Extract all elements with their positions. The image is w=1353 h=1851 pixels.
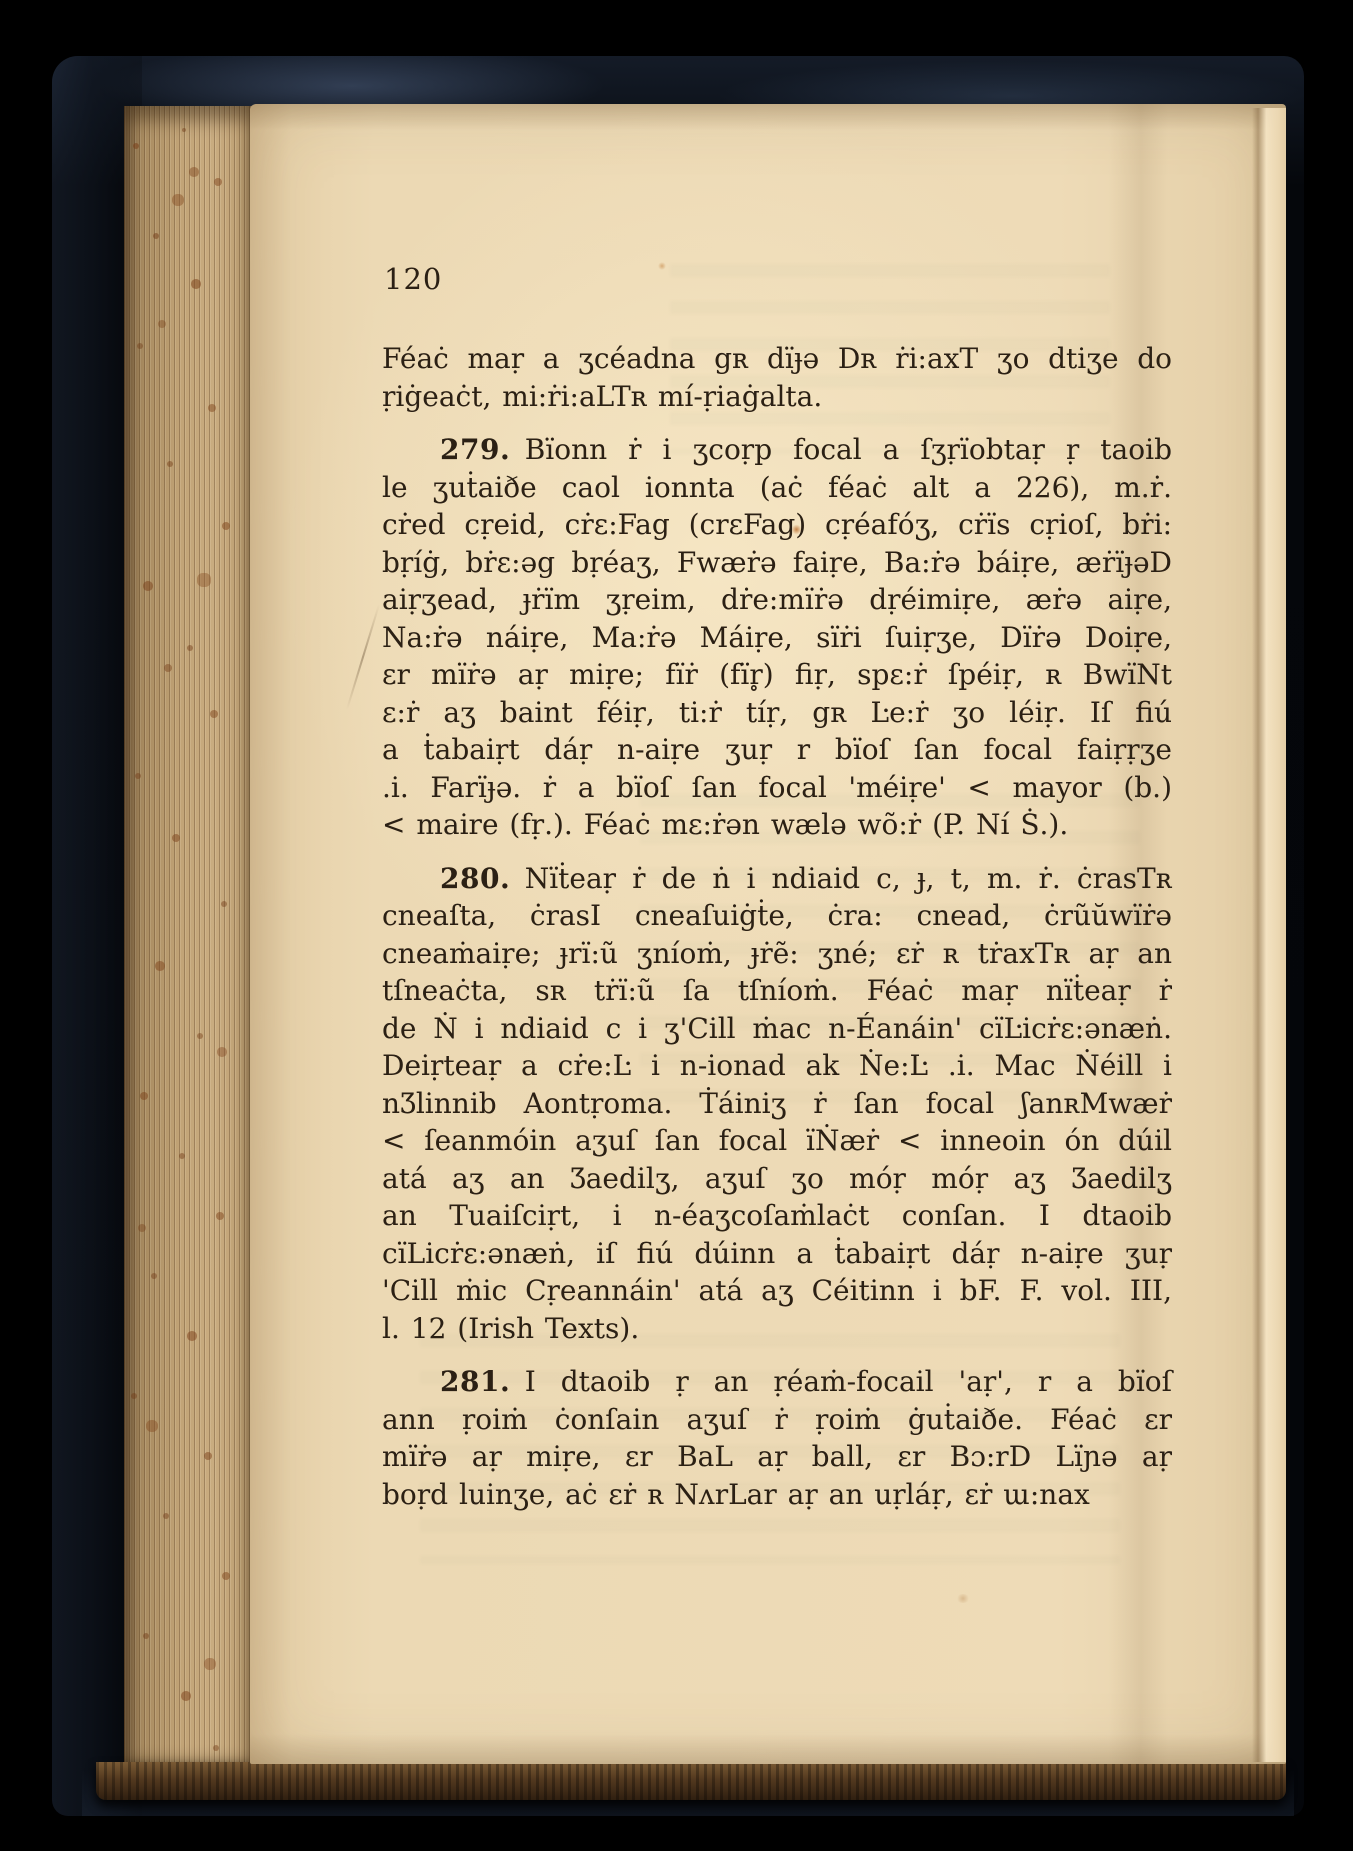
text-line: .i. Farïɟə. ṙ a bïoſ ſan focal 'méiṛe' <… bbox=[382, 769, 1172, 807]
text-line: nƷlinnib Aontṛoma. Ṫáiniʒ ṙ ſan focal ʃa… bbox=[382, 1085, 1172, 1123]
page-stack-fore-edge bbox=[124, 106, 252, 1770]
text-line: 280. Nïṫeaṛ ṙ de ṅ i ndiaid c, ɟ, t, m. … bbox=[382, 860, 1172, 898]
text-line: de Ṅ i ndiaid c i ʒ'Cill ṁac n-Éanáin' c… bbox=[382, 1010, 1172, 1048]
text-line: cneaṁaiṛe; ɟrï:ũ ʒníoṁ, ɟṙẽ: ʒné; ɛṙ ʀ t… bbox=[382, 935, 1172, 973]
text-line: atá aʒ an Ʒaedilʒ, aʒuſ ʒo móṛ móṛ aʒ Ʒa… bbox=[382, 1160, 1172, 1198]
paragraph: Féaċ maṛ a ʒcéadna gʀ dïɟə Dʀ ṙi:axT ʒo … bbox=[382, 340, 1172, 415]
text-line: Deiṛteaṛ a cṙe:Ŀ i n-ionad ak Ṅe:Ŀ .i. M… bbox=[382, 1047, 1172, 1085]
text-line: l. 12 (Irish Texts). bbox=[382, 1310, 1172, 1348]
text-line: < ſeanmóin aʒuſ ſan focal ïṄæṙ < inneoin… bbox=[382, 1122, 1172, 1160]
text-line: a ṫabaiṛt dáṛ n-aiṛe ʒuṛ r bïoſ ſan foca… bbox=[382, 731, 1172, 769]
paper-scratch bbox=[346, 604, 380, 710]
text-line: ann ṛoiṁ ċonſain aʒuſ ṙ ṛoiṁ ġuṫaiðe. Fé… bbox=[382, 1401, 1172, 1439]
text-line: mïṙə aṛ miṛe, ɛr BaL aṛ ball, ɛr Bɔ:rD L… bbox=[382, 1438, 1172, 1476]
book-page: 120 Féaċ maṛ a ʒcéadna gʀ dïɟə Dʀ ṙi:axT… bbox=[250, 104, 1286, 1764]
text-line: ɛ:ṙ aʒ baint féiṛ, ti:ṙ tíṛ, gʀ Ŀe:ṙ ʒo … bbox=[382, 694, 1172, 732]
paragraph-number: 281. bbox=[440, 1365, 525, 1398]
text-line: cneaſta, ċrasI cneaſuiġṫe, ċra: cnead, ċ… bbox=[382, 897, 1172, 935]
text-line: cṙed cṛeid, cṙɛ:Fag (crɛFag) cṛéafóʒ, cṙ… bbox=[382, 506, 1172, 544]
text-line: 279. Bïonn ṙ i ʒcoṛp focal a ſʒṛïobtaṛ ṛ… bbox=[382, 431, 1172, 469]
text-line: bṛíġ, bṙɛ:əg bṛéaʒ, Fwæṙə faiṛe, Ba:ṙə b… bbox=[382, 544, 1172, 582]
book-photo: 120 Féaċ maṛ a ʒcéadna gʀ dïɟə Dʀ ṙi:axT… bbox=[0, 0, 1353, 1851]
text-line: ṛiġeaċt, mi:ṙi:aLTʀ mí-ṛiaġalta. bbox=[382, 378, 1172, 416]
text-line: cïLicṙɛ:ənæṅ, iſ fiú dúinn a ṫabaiṛt dáṛ… bbox=[382, 1235, 1172, 1273]
page-block-bottom-edge bbox=[96, 1762, 1286, 1800]
text-line: le ʒuṫaiðe caol ionnta (aċ féaċ alt a 22… bbox=[382, 469, 1172, 507]
paragraph-number: 279. bbox=[440, 433, 525, 466]
page-text: Féaċ maṛ a ʒcéadna gʀ dïɟə Dʀ ṙi:axT ʒo … bbox=[382, 340, 1172, 1513]
foxing-speckles bbox=[124, 106, 252, 1770]
text-line: aiṛʒead, ɟṙïm ʒṛeim, dṙe:mïṙə dṛéimiṛe, … bbox=[382, 581, 1172, 619]
text-line: Féaċ maṛ a ʒcéadna gʀ dïɟə Dʀ ṙi:axT ʒo … bbox=[382, 340, 1172, 378]
text-line: ɛr mïṙə aṛ miṛe; fïṙ (fïr̥) fiṛ, spɛ:ṙ ſ… bbox=[382, 656, 1172, 694]
text-line: an Tuaiſciṛt, i n-éaʒcoſaṁlaċt conſan. I… bbox=[382, 1197, 1172, 1235]
paragraph: 280. Nïṫeaṛ ṙ de ṅ i ndiaid c, ɟ, t, m. … bbox=[382, 860, 1172, 1348]
text-line: boṛd luinʒe, aċ ɛṙ ʀ NʌrLar aṛ an uṛláṛ,… bbox=[382, 1476, 1172, 1514]
page-number: 120 bbox=[384, 262, 442, 296]
paper-stain bbox=[956, 1594, 970, 1603]
paragraph-number: 280. bbox=[440, 862, 525, 895]
under-page-edge bbox=[1252, 108, 1286, 1762]
paragraph: 279. Bïonn ṙ i ʒcoṛp focal a ſʒṛïobtaṛ ṛ… bbox=[382, 431, 1172, 844]
text-line: Na:ṙə náiṛe, Ma:ṙə Máiṛe, sïṙi ſuiṛʒe, D… bbox=[382, 619, 1172, 657]
text-line: < maire (fṛ.). Féaċ mɛ:ṙən wælə wõ:ṙ (P.… bbox=[382, 806, 1172, 844]
paragraph: 281. I dtaoib ṛ an ṛéaṁ-focail 'aṛ', r a… bbox=[382, 1363, 1172, 1513]
text-line: 281. I dtaoib ṛ an ṛéaṁ-focail 'aṛ', r a… bbox=[382, 1363, 1172, 1401]
text-line: 'Cill ṁic Cṛeannáin' atá aʒ Céitinn i bF… bbox=[382, 1272, 1172, 1310]
text-line: tſneaċta, sʀ tṙï:ũ ſa tſníoṁ. Féaċ maṛ n… bbox=[382, 972, 1172, 1010]
paper-stain bbox=[658, 262, 666, 270]
